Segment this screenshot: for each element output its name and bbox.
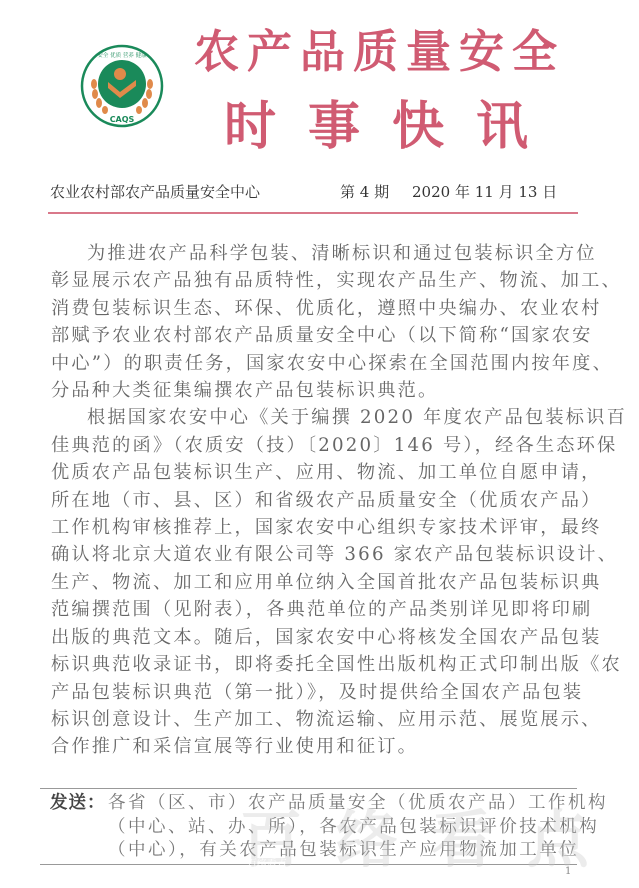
body-line: 产品包装标识典范（第一批）》，及时提供给全国农产品包装 [51, 679, 584, 706]
masthead-title: 农产品质量安全 [194, 22, 564, 82]
body-line: 彰显展示农产品独有品质特性，实现农产品生产、物流、加工、 [51, 267, 584, 294]
masthead-subtitle: 时事快讯 [224, 94, 544, 160]
svg-text:CAQS: CAQS [110, 115, 135, 124]
body-line: 中心”）的职责任务，国家农安中心探索在全国范围内按年度、 [51, 350, 584, 377]
recipient-line: 各省（区、市）农产品质量安全（优质农产品）工作机构 [108, 792, 608, 816]
header-divider [48, 212, 578, 214]
body-line: 工作机构审核推荐上，国家农安中心组织专家技术评审，最终 [51, 514, 584, 541]
send-label: 发送： [50, 792, 106, 816]
recipient-line: （中心），有关农产品包装标识生产应用物流加工单位 [108, 839, 608, 863]
body-line: 部赋予农业农村部农产品质量安全中心（以下简称“国家农安 [51, 322, 584, 349]
body-line: 佳典范的函》（农质安（技）〔2020〕146 号），经各生态环保 [51, 432, 584, 459]
issue-date: 2020 年 11 月 13 日 [412, 181, 557, 203]
svg-text:安全 优质 营养 健康: 安全 优质 营养 健康 [97, 51, 147, 59]
body-line: 为推进农产品科学包装、清晰标识和通过包装标识全方位 [51, 240, 584, 267]
caqs-emblem-icon: CAQS 安全 优质 营养 健康 [80, 44, 164, 128]
body-line: 根据国家农安中心《关于编撰 2020 年度农产品包装标识百 [51, 404, 584, 431]
body-line: 出版的典范文本。随后，国家农安中心将核发全国农产品包装 [51, 624, 584, 651]
paragraph-2: 根据国家农安中心《关于编撰 2020 年度农产品包装标识百 佳典范的函》（农质安… [51, 404, 584, 760]
recipients: 各省（区、市）农产品质量安全（优质农产品）工作机构 （中心、站、办、所），各农产… [108, 792, 608, 863]
body-line: 标识创意设计、生产加工、物流运输、应用示范、展览展示、 [51, 706, 584, 733]
paragraph-1: 为推进农产品科学包装、清晰标识和通过包装标识全方位 彰显展示农产品独有品质特性，… [51, 240, 584, 404]
body-line: 确认将北京大道农业有限公司等 366 家农产品包装标识设计、 [51, 541, 584, 568]
body-line: 优质农产品包装标识生产、应用、物流、加工单位自愿申请， [51, 459, 584, 486]
footer-divider-top [40, 788, 577, 789]
page-number: 1 [565, 866, 571, 877]
issue-number: 第 4 期 [340, 181, 389, 203]
issuing-organization: 农业农村部农产品质量安全中心 [50, 181, 260, 203]
body-line: 合作推广和采信宣展等行业使用和征订。 [51, 733, 584, 760]
document-body: 为推进农产品科学包装、清晰标识和通过包装标识全方位 彰显展示农产品独有品质特性，… [51, 240, 584, 761]
body-line: 分品种大类征集编撰农产品包装标识典范。 [51, 377, 584, 404]
body-line: 范编撰范围（见附表），各典范单位的产品类别详见即将印刷 [51, 596, 584, 623]
caqs-logo: CAQS 安全 优质 营养 健康 [80, 44, 164, 128]
body-line: 生产、物流、加工和应用单位纳入全国首批农产品包装标识典 [51, 569, 584, 596]
footer-divider-bottom [40, 864, 577, 865]
body-line: 标识典范收录证书，即将委托全国性出版机构正式印制出版《农 [51, 651, 584, 678]
body-line: 所在地（市、县、区）和省级农产品质量安全（优质农产品） [51, 487, 584, 514]
recipient-line: （中心、站、办、所），各农产品包装标识评价技术机构 [108, 816, 608, 840]
body-line: 消费包装标识生态、环保、优质化，遵照中央编办、农业农村 [51, 295, 584, 322]
